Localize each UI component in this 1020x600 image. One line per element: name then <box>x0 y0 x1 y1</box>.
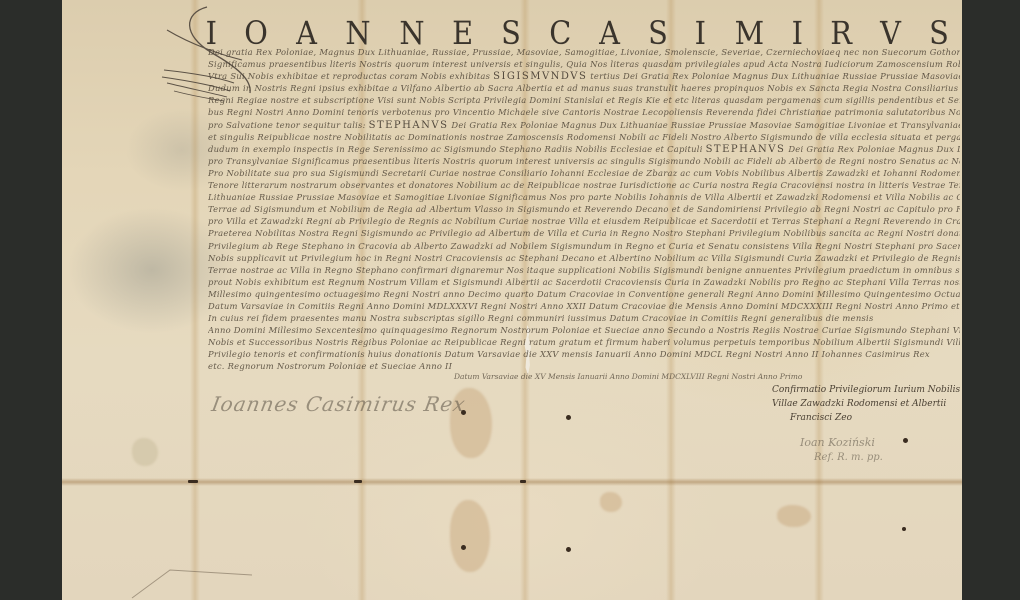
line-text: Millesimo quingentesimo octuagesimo Regn… <box>208 289 960 299</box>
water-stain <box>132 438 158 466</box>
charter-text-line: Nobis et Successoribus Nostris Regibus P… <box>208 336 960 348</box>
line-text: Dei gratia Rex Poloniae, Magnus Dux Lith… <box>208 47 960 57</box>
charter-text-line: In cuius rei fidem praesentes manu Nostr… <box>208 312 960 324</box>
charter-text-line: Privilegio tenoris et confirmationis hui… <box>208 348 960 360</box>
worm-hole <box>902 527 906 531</box>
line-text: Regni Regiae nostre et subscriptione Vis… <box>208 95 960 105</box>
water-stain <box>777 505 811 527</box>
line-text: tertius Dei Gratia Rex Poloniae Magnus D… <box>590 71 960 81</box>
fold-crease-mark-icon <box>122 560 262 600</box>
royal-name-caps: STEPHANVS <box>706 144 786 155</box>
line-text: Dei Gratia Rex Poloniae Magnus Dux Lithu… <box>788 144 960 154</box>
charter-text-line: Privilegium ab Rege Stephano in Cracovia… <box>208 240 960 252</box>
charter-text-line: Dudum in Nostris Regni ipsius exhibitae … <box>208 82 960 94</box>
royal-signature: Ioannes Casimirus Rex <box>210 392 468 416</box>
fold-hole <box>354 480 362 483</box>
charter-text-line: pro Transylvaniae Significamus praesenti… <box>208 155 960 167</box>
charter-text-line: prout Nobis exhibitum est Regnum Nostrum… <box>208 276 960 288</box>
worm-hole <box>566 415 571 420</box>
charter-text-line: Datum Varsaviae in Comitiis Regni Anno D… <box>208 300 960 312</box>
fold-hole <box>188 480 198 483</box>
line-text: In cuius rei fidem praesentes manu Nostr… <box>208 313 874 323</box>
line-text: Nobis et Successoribus Nostris Regibus P… <box>208 337 960 347</box>
line-text: prout Nobis exhibitum est Regnum Nostrum… <box>208 277 960 287</box>
charter-text-line: dudum in exemplo inspectis in Rege Seren… <box>208 143 960 155</box>
official-signature: Ioan Koziński <box>800 436 875 449</box>
official-note: Ref. R. m. pp. <box>814 452 883 463</box>
line-text: Dei Gratia Rex Poloniae Magnus Dux Lithu… <box>451 120 960 130</box>
line-text: Lithuaniae Russiae Prussiae Masoviae et … <box>208 192 960 202</box>
line-text: bus Regni Nostri Anno Domini tenoris ver… <box>208 107 960 117</box>
line-text: pro Transylvaniae Significamus praesenti… <box>208 156 960 166</box>
worm-hole <box>903 438 908 443</box>
line-text: Privilegio tenoris et confirmationis hui… <box>208 349 930 359</box>
charter-text-line: Anno Domini Millesimo Sexcentesimo quinq… <box>208 324 960 336</box>
line-text: Terrae ad Sigismundum et Nobilium de Reg… <box>208 204 960 214</box>
charter-text-line: Significamus praesentibus literis Nostri… <box>208 58 960 70</box>
charter-body-text: Dei gratia Rex Poloniae, Magnus Dux Lith… <box>208 46 960 373</box>
worm-hole <box>566 547 571 552</box>
dating-clause: Datum Varsaviae die XV Mensis Ianuarii A… <box>454 371 802 383</box>
charter-text-line: bus Regni Nostri Anno Domini tenoris ver… <box>208 106 960 118</box>
charter-text-line: Nobis supplicavit ut Privilegium hoc in … <box>208 252 960 264</box>
charter-text-line: pro Villa et Zawadzki Regni ab Privilegi… <box>208 215 960 227</box>
water-stain <box>600 492 622 512</box>
line-text: Terrae nostrae ac Villa in Regno Stephan… <box>208 265 960 275</box>
charter-text-line: Tenore litterarum nostrarum observantes … <box>208 179 960 191</box>
line-text: et singulis Reipublicae nostre Nobilitat… <box>208 132 960 142</box>
charter-text-line: Terrae nostrae ac Villa in Regno Stephan… <box>208 264 960 276</box>
charter-text-line: Millesimo quingentesimo octuagesimo Regn… <box>208 288 960 300</box>
countersignature-line: Confirmatio Privilegiorum Iurium Nobilis <box>772 384 960 396</box>
line-text: Tenore litterarum nostrarum observantes … <box>208 180 960 190</box>
line-text: Significamus praesentibus literis Nostri… <box>208 59 960 69</box>
charter-text-line: Dei gratia Rex Poloniae, Magnus Dux Lith… <box>208 46 960 58</box>
countersignature-line: Villae Zawadzki Rodomensi et Albertii <box>772 398 946 410</box>
charter-text-line: Regni Regiae nostre et subscriptione Vis… <box>208 94 960 106</box>
line-text: dudum in exemplo inspectis in Rege Seren… <box>208 144 703 154</box>
fold-hole <box>520 480 526 483</box>
royal-name-caps: SIGISMVNDVS <box>493 71 587 82</box>
line-text: Nobis supplicavit ut Privilegium hoc in … <box>208 253 960 263</box>
worm-hole <box>461 545 466 550</box>
line-text: pro Villa et Zawadzki Regni ab Privilegi… <box>208 216 960 226</box>
line-text: pro Salvatione tenor sequitur talis: <box>208 120 366 130</box>
charter-text-line: Lithuaniae Russiae Prussiae Masoviae et … <box>208 191 960 203</box>
charter-text-line: Terrae ad Sigismundum et Nobilium de Reg… <box>208 203 960 215</box>
line-text: Vtra Sui Nobis exhibitae et reproductas … <box>208 71 490 81</box>
line-text: Privilegium ab Rege Stephano in Cracovia… <box>208 241 960 251</box>
charter-text-line: et singulis Reipublicae nostre Nobilitat… <box>208 131 960 143</box>
countersignature-line: Francisci Zeo <box>790 412 852 424</box>
water-stain <box>450 500 490 572</box>
line-text: etc. Regnorum Nostrorum Poloniae et Suec… <box>208 361 452 371</box>
royal-name-caps: STEPHANVS <box>369 120 449 131</box>
line-text: Anno Domini Millesimo Sexcentesimo quinq… <box>208 325 960 335</box>
charter-text-line: Pro Nobilitate sua pro sua Sigismundi Se… <box>208 167 960 179</box>
charter-text-line: pro Salvatione tenor sequitur talis: STE… <box>208 119 960 131</box>
line-text: Praeterea Nobilitas Nostra Regni Sigismu… <box>208 228 960 238</box>
parchment-document: I O A N N E S C A S I M I R V S Dei grat… <box>62 0 962 600</box>
charter-text-line: Vtra Sui Nobis exhibitae et reproductas … <box>208 70 960 82</box>
line-text: Dudum in Nostris Regni ipsius exhibitae … <box>208 83 960 93</box>
charter-text-line: Praeterea Nobilitas Nostra Regni Sigismu… <box>208 227 960 239</box>
line-text: Pro Nobilitate sua pro sua Sigismundi Se… <box>208 168 960 178</box>
line-text: Datum Varsaviae in Comitiis Regni Anno D… <box>208 301 960 311</box>
